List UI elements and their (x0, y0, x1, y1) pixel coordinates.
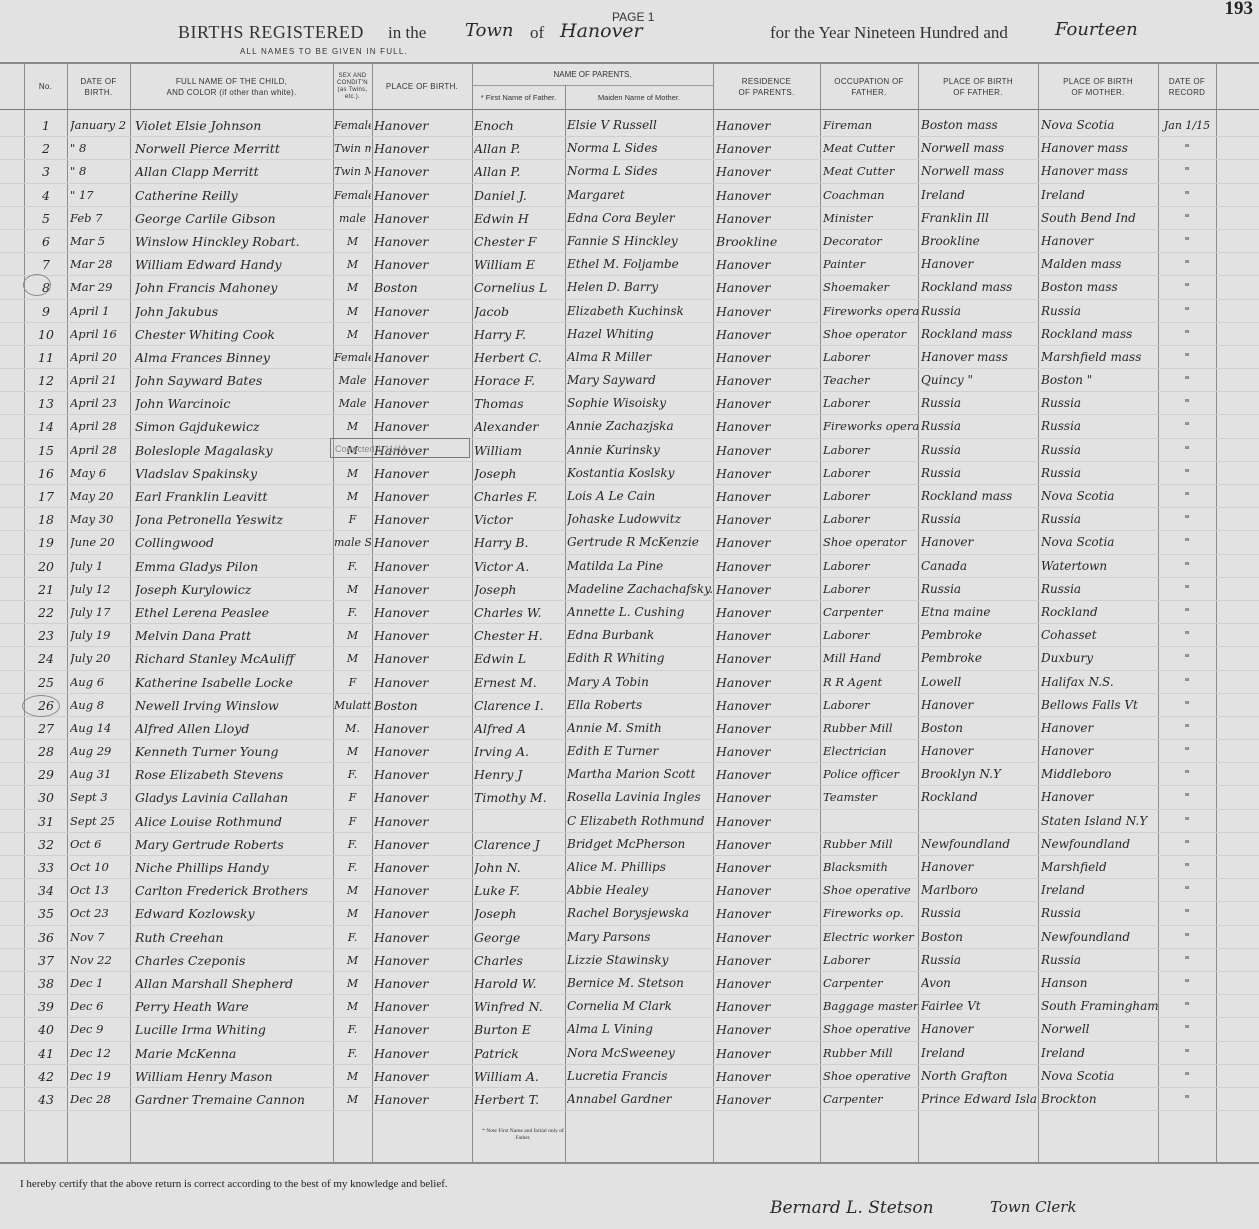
cell-residence: Hanover (716, 485, 820, 508)
cell-place-of-birth: Hanover (374, 184, 472, 207)
table-row: 36 Nov 7 Ruth Creehan F. Hanover George … (0, 926, 1259, 949)
cell-no: 2 (28, 137, 64, 160)
cell-no: 29 (28, 763, 64, 786)
cell-father-birthplace: Russia (921, 949, 1038, 972)
cell-child-name: John Sayward Bates (135, 369, 333, 392)
cell-mother-maiden-name: Edna Cora Beyler (567, 207, 713, 230)
cell-place-of-birth: Hanover (374, 160, 472, 183)
table-row: 12 April 21 John Sayward Bates Male Hano… (0, 369, 1259, 392)
cell-residence: Hanover (716, 879, 820, 902)
cell-date: April 23 (70, 392, 130, 415)
cell-date: April 28 (70, 415, 130, 438)
cell-residence: Hanover (716, 508, 820, 531)
cell-residence: Hanover (716, 184, 820, 207)
cell-mother-maiden-name: Edith R Whiting (567, 647, 713, 670)
cell-occupation: Baggage master (823, 995, 918, 1018)
cell-father-birthplace: Russia (921, 300, 1038, 323)
cell-date-of-record: " (1160, 555, 1214, 578)
header-pob-father: PLACE OF BIRTH OF FATHER. (918, 64, 1038, 109)
cell-no: 42 (28, 1065, 64, 1088)
cell-occupation: Laborer (823, 462, 918, 485)
cell-date-of-record: " (1160, 531, 1214, 554)
cell-father-name: Irving A. (474, 740, 565, 763)
cell-father-birthplace: Rockland (921, 786, 1038, 809)
cell-child-name: William Henry Mason (135, 1065, 333, 1088)
table-row: 10 April 16 Chester Whiting Cook M Hanov… (0, 323, 1259, 346)
table-row: 35 Oct 23 Edward Kozlowsky M Hanover Jos… (0, 902, 1259, 925)
cell-father-name: Charles F. (474, 485, 565, 508)
cell-mother-maiden-name: Ethel M. Foljambe (567, 253, 713, 276)
header-father: * First Name of Father. (472, 86, 565, 109)
cell-mother-birthplace: Newfoundland (1041, 926, 1158, 949)
cell-father-name: Daniel J. (474, 184, 565, 207)
cell-place-of-birth: Hanover (374, 137, 472, 160)
table-row: 38 Dec 1 Allan Marshall Shepherd M Hanov… (0, 972, 1259, 995)
cell-mother-birthplace: Hanover (1041, 230, 1158, 253)
cell-residence: Hanover (716, 531, 820, 554)
table-row: 34 Oct 13 Carlton Frederick Brothers M H… (0, 879, 1259, 902)
certification-text: I hereby certify that the above return i… (20, 1178, 448, 1190)
cell-no: 43 (28, 1088, 64, 1111)
cell-place-of-birth: Hanover (374, 1018, 472, 1041)
cell-child-name: Katherine Isabelle Locke (135, 671, 333, 694)
cell-date: Feb 7 (70, 207, 130, 230)
cell-date-of-record: " (1160, 1042, 1214, 1065)
cell-mother-birthplace: Ireland (1041, 184, 1158, 207)
header-rule (0, 109, 1259, 110)
cell-no: 4 (28, 184, 64, 207)
circled-entry-marker (22, 695, 60, 717)
cell-mother-birthplace: Russia (1041, 439, 1158, 462)
cell-father-name: Chester F (474, 230, 565, 253)
cell-place-of-birth: Boston (374, 276, 472, 299)
cell-occupation: R R Agent (823, 671, 918, 694)
cell-date: April 1 (70, 300, 130, 323)
cell-place-of-birth: Hanover (374, 485, 472, 508)
cell-place-of-birth: Hanover (374, 369, 472, 392)
cell-no: 7 (28, 253, 64, 276)
cell-date-of-record: " (1160, 763, 1214, 786)
cell-date: May 20 (70, 485, 130, 508)
cell-place-of-birth: Hanover (374, 392, 472, 415)
cell-residence: Hanover (716, 276, 820, 299)
cell-date: April 16 (70, 323, 130, 346)
cell-residence: Hanover (716, 253, 820, 276)
cell-father-birthplace: Quincy " (921, 369, 1038, 392)
cell-no: 39 (28, 995, 64, 1018)
cell-residence: Hanover (716, 694, 820, 717)
cell-residence: Hanover (716, 207, 820, 230)
cell-date-of-record: " (1160, 926, 1214, 949)
cell-occupation: Meat Cutter (823, 160, 918, 183)
cell-father-name: Henry J (474, 763, 565, 786)
cell-sex: M (334, 995, 371, 1018)
cell-mother-birthplace: Staten Island N.Y (1041, 810, 1158, 833)
cell-father-birthplace: Norwell mass (921, 160, 1038, 183)
cell-child-name: Alice Louise Rothmund (135, 810, 333, 833)
table-row: 16 May 6 Vladslav Spakinsky M Hanover Jo… (0, 462, 1259, 485)
cell-occupation: Fireworks op. (823, 902, 918, 925)
cell-sex: F (334, 810, 371, 833)
cell-mother-maiden-name: Lizzie Stawinsky (567, 949, 713, 972)
table-row: 14 April 28 Simon Gajdukewicz M Hanover … (0, 415, 1259, 438)
cell-father-name: Alfred A (474, 717, 565, 740)
cell-father-birthplace: Ireland (921, 184, 1038, 207)
cell-date-of-record: " (1160, 207, 1214, 230)
cell-place-of-birth: Hanover (374, 415, 472, 438)
table-row: 7 Mar 28 William Edward Handy M Hanover … (0, 253, 1259, 276)
cell-date: Mar 29 (70, 276, 130, 299)
cell-date: April 20 (70, 346, 130, 369)
cell-place-of-birth: Hanover (374, 995, 472, 1018)
cell-child-name: Gardner Tremaine Cannon (135, 1088, 333, 1111)
cell-occupation: Electric worker (823, 926, 918, 949)
cell-father-name: William A. (474, 1065, 565, 1088)
cell-residence: Hanover (716, 810, 820, 833)
cell-mother-maiden-name: Lois A Le Cain (567, 485, 713, 508)
cell-occupation: Electrician (823, 740, 918, 763)
cell-mother-maiden-name: Annabel Gardner (567, 1088, 713, 1111)
cell-mother-birthplace: Ireland (1041, 1042, 1158, 1065)
cell-date: April 21 (70, 369, 130, 392)
cell-occupation: Mill Hand (823, 647, 918, 670)
cell-father-birthplace: Pembroke (921, 647, 1038, 670)
table-row: 2 " 8 Norwell Pierce Merritt Twin male H… (0, 137, 1259, 160)
table-row: 26 Aug 8 Newell Irving Winslow Mulatto m… (0, 694, 1259, 717)
cell-mother-maiden-name: Cornelia M Clark (567, 995, 713, 1018)
cell-child-name: William Edward Handy (135, 253, 333, 276)
cell-mother-birthplace: Hanover (1041, 740, 1158, 763)
cell-sex: Male (334, 369, 371, 392)
table-row: 8 Mar 29 John Francis Mahoney M Boston C… (0, 276, 1259, 299)
table-row: 28 Aug 29 Kenneth Turner Young M Hanover… (0, 740, 1259, 763)
table-row: 27 Aug 14 Alfred Allen Lloyd M. Hanover … (0, 717, 1259, 740)
cell-mother-maiden-name: Alma R Miller (567, 346, 713, 369)
cell-father-birthplace: Hanover (921, 531, 1038, 554)
cell-date: May 30 (70, 508, 130, 531)
cell-mother-maiden-name: Nora McSweeney (567, 1042, 713, 1065)
cell-date: Oct 6 (70, 833, 130, 856)
cell-mother-birthplace: Middleboro (1041, 763, 1158, 786)
table-row: 31 Sept 25 Alice Louise Rothmund F Hanov… (0, 810, 1259, 833)
cell-date: January 2 (70, 114, 130, 137)
cell-child-name: Charles Czeponis (135, 949, 333, 972)
cell-mother-birthplace: Bellows Falls Vt (1041, 694, 1158, 717)
cell-no: 25 (28, 671, 64, 694)
cell-father-birthplace: Rockland mass (921, 276, 1038, 299)
header-name: FULL NAME OF THE CHILD, AND COLOR (if ot… (130, 64, 333, 109)
cell-no: 38 (28, 972, 64, 995)
cell-residence: Hanover (716, 1088, 820, 1111)
cell-father-birthplace: Boston (921, 926, 1038, 949)
cell-child-name: Rose Elizabeth Stevens (135, 763, 333, 786)
cell-mother-birthplace: Nova Scotia (1041, 114, 1158, 137)
cell-sex: M (334, 972, 371, 995)
cell-father-birthplace: Hanover (921, 694, 1038, 717)
cell-place-of-birth: Hanover (374, 833, 472, 856)
cell-place-of-birth: Hanover (374, 879, 472, 902)
cell-date: July 12 (70, 578, 130, 601)
cell-child-name: Collingwood (135, 531, 333, 554)
cell-child-name: Norwell Pierce Merritt (135, 137, 333, 160)
cell-place-of-birth: Hanover (374, 647, 472, 670)
cell-occupation: Carpenter (823, 601, 918, 624)
table-row: 24 July 20 Richard Stanley McAuliff M Ha… (0, 647, 1259, 670)
cell-father-name: Horace F. (474, 369, 565, 392)
cell-mother-birthplace: South Bend Ind (1041, 207, 1158, 230)
cell-no: 31 (28, 810, 64, 833)
correction-stamp: Corrected 1/11/44 (330, 438, 470, 458)
table-row: 19 June 20 Collingwood male Stillborn Ha… (0, 531, 1259, 554)
cell-father-name: Timothy M. (474, 786, 565, 809)
cell-child-name: Boleslople Magalasky (135, 439, 333, 462)
cell-mother-birthplace: Ireland (1041, 879, 1158, 902)
cell-child-name: Jona Petronella Yeswitz (135, 508, 333, 531)
cell-father-name: Allan P. (474, 160, 565, 183)
header-occupation: OCCUPATION OF FATHER. (820, 64, 918, 109)
cell-no: 33 (28, 856, 64, 879)
cell-father-name (474, 810, 565, 833)
cell-place-of-birth: Hanover (374, 114, 472, 137)
cell-date-of-record: " (1160, 323, 1214, 346)
cell-sex: Twin male (334, 137, 371, 160)
cell-place-of-birth: Hanover (374, 1088, 472, 1111)
cell-no: 1 (28, 114, 64, 137)
cell-date: July 17 (70, 601, 130, 624)
cell-mother-birthplace: Cohasset (1041, 624, 1158, 647)
cell-date: Oct 13 (70, 879, 130, 902)
cell-occupation: Teacher (823, 369, 918, 392)
cell-date-of-record: " (1160, 253, 1214, 276)
cell-residence: Hanover (716, 601, 820, 624)
cell-father-birthplace: Rockland mass (921, 485, 1038, 508)
cell-father-name: Luke F. (474, 879, 565, 902)
cell-child-name: Ethel Lerena Peaslee (135, 601, 333, 624)
title-main: BIRTHS REGISTERED (178, 22, 364, 43)
cell-father-birthplace: Rockland mass (921, 323, 1038, 346)
page-number: 193 (1225, 0, 1254, 20)
cell-occupation: Laborer (823, 346, 918, 369)
title-subtitle: ALL NAMES TO BE GIVEN IN FULL. (240, 47, 408, 56)
cell-father-name: Victor (474, 508, 565, 531)
cell-place-of-birth: Hanover (374, 346, 472, 369)
cell-residence: Hanover (716, 137, 820, 160)
cell-sex: F. (334, 601, 371, 624)
cell-residence: Hanover (716, 995, 820, 1018)
cell-father-name: Herbert T. (474, 1088, 565, 1111)
cell-mother-birthplace: Hanover (1041, 717, 1158, 740)
cell-child-name: Marie McKenna (135, 1042, 333, 1065)
cell-father-birthplace: Franklin Ill (921, 207, 1038, 230)
cell-sex: M (334, 253, 371, 276)
cell-place-of-birth: Hanover (374, 300, 472, 323)
cell-mother-maiden-name: Rachel Borysjewska (567, 902, 713, 925)
cell-father-name: Herbert C. (474, 346, 565, 369)
table-row: 39 Dec 6 Perry Heath Ware M Hanover Winf… (0, 995, 1259, 1018)
cell-date: Nov 22 (70, 949, 130, 972)
header-sex: SEX AND CONDIT'N (as Twins, etc.). (333, 64, 372, 109)
cell-father-name: Clarence I. (474, 694, 565, 717)
cell-sex: M. (334, 717, 371, 740)
cell-date: Dec 19 (70, 1065, 130, 1088)
cell-place-of-birth: Hanover (374, 1065, 472, 1088)
cell-mother-maiden-name: Martha Marion Scott (567, 763, 713, 786)
cell-date-of-record: " (1160, 230, 1214, 253)
header-mother: Maiden Name of Mother. (565, 86, 713, 109)
cell-father-name: Alexander (474, 415, 565, 438)
cell-mother-maiden-name: Hazel Whiting (567, 323, 713, 346)
cell-child-name: Catherine Reilly (135, 184, 333, 207)
cell-sex: F. (334, 555, 371, 578)
cell-occupation: Decorator (823, 230, 918, 253)
cell-sex: M (334, 300, 371, 323)
cell-father-name: Edwin H (474, 207, 565, 230)
table-row: 30 Sept 3 Gladys Lavinia Callahan F Hano… (0, 786, 1259, 809)
cell-sex: Female (334, 346, 371, 369)
cell-father-name: Charles W. (474, 601, 565, 624)
cell-father-name: Joseph (474, 462, 565, 485)
cell-sex: M (334, 323, 371, 346)
cell-mother-birthplace: Duxbury (1041, 647, 1158, 670)
cell-sex: M (334, 578, 371, 601)
cell-father-name: Enoch (474, 114, 565, 137)
cell-father-name: Harry F. (474, 323, 565, 346)
cell-date-of-record: " (1160, 485, 1214, 508)
cell-date-of-record: " (1160, 415, 1214, 438)
cell-date-of-record: " (1160, 740, 1214, 763)
table-row: 9 April 1 John Jakubus M Hanover Jacob E… (0, 300, 1259, 323)
cell-father-birthplace: Marlboro (921, 879, 1038, 902)
cell-child-name: Kenneth Turner Young (135, 740, 333, 763)
cell-no: 36 (28, 926, 64, 949)
cell-date-of-record: " (1160, 647, 1214, 670)
cell-mother-birthplace: Nova Scotia (1041, 485, 1158, 508)
cell-no: 28 (28, 740, 64, 763)
table-row: 37 Nov 22 Charles Czeponis M Hanover Cha… (0, 949, 1259, 972)
cell-place-of-birth: Hanover (374, 1042, 472, 1065)
table-row: 32 Oct 6 Mary Gertrude Roberts F. Hanove… (0, 833, 1259, 856)
title-year-handwritten: Fourteen (1055, 19, 1138, 40)
cell-sex: male (334, 207, 371, 230)
cell-child-name: Violet Elsie Johnson (135, 114, 333, 137)
cell-father-birthplace: Prince Edward Island (921, 1088, 1038, 1111)
cell-child-name: Newell Irving Winslow (135, 694, 333, 717)
cell-sex: F (334, 671, 371, 694)
cell-date-of-record: " (1160, 1018, 1214, 1041)
cell-father-birthplace: Hanover (921, 740, 1038, 763)
cell-child-name: John Jakubus (135, 300, 333, 323)
cell-occupation: Police officer (823, 763, 918, 786)
table-row: 22 July 17 Ethel Lerena Peaslee F. Hanov… (0, 601, 1259, 624)
cell-date-of-record: " (1160, 902, 1214, 925)
cell-sex: M (334, 879, 371, 902)
cell-date: Oct 23 (70, 902, 130, 925)
cell-child-name: Edward Kozlowsky (135, 902, 333, 925)
cell-residence: Hanover (716, 555, 820, 578)
cell-child-name: Melvin Dana Pratt (135, 624, 333, 647)
cell-occupation: Painter (823, 253, 918, 276)
cell-place-of-birth: Hanover (374, 949, 472, 972)
cell-sex: F. (334, 856, 371, 879)
cell-no: 6 (28, 230, 64, 253)
cell-occupation: Meat Cutter (823, 137, 918, 160)
cell-residence: Hanover (716, 856, 820, 879)
cell-father-birthplace: Etna maine (921, 601, 1038, 624)
cell-child-name: Perry Heath Ware (135, 995, 333, 1018)
cell-date-of-record: " (1160, 786, 1214, 809)
cell-residence: Hanover (716, 833, 820, 856)
cell-sex: F. (334, 833, 371, 856)
clerk-title: Town Clerk (990, 1198, 1077, 1216)
cell-place-of-birth: Hanover (374, 786, 472, 809)
cell-date: Sept 3 (70, 786, 130, 809)
cell-mother-maiden-name: Johaske Ludowvitz (567, 508, 713, 531)
circled-entry-marker (23, 274, 51, 296)
cell-child-name: Alma Frances Binney (135, 346, 333, 369)
cell-no: 30 (28, 786, 64, 809)
cell-date: May 6 (70, 462, 130, 485)
cell-child-name: Gladys Lavinia Callahan (135, 786, 333, 809)
cell-sex: Female (334, 114, 371, 137)
cell-place-of-birth: Hanover (374, 578, 472, 601)
cell-mother-maiden-name: Annie Zachazjska (567, 415, 713, 438)
table-row: 20 July 1 Emma Gladys Pilon F. Hanover V… (0, 555, 1259, 578)
cell-no: 35 (28, 902, 64, 925)
cell-mother-birthplace: Hanover mass (1041, 137, 1158, 160)
cell-date: Aug 29 (70, 740, 130, 763)
cell-no: 12 (28, 369, 64, 392)
table-row: 13 April 23 John Warcinoic Male Hanover … (0, 392, 1259, 415)
cell-mother-birthplace: Russia (1041, 578, 1158, 601)
cell-father-name: Joseph (474, 578, 565, 601)
cell-father-birthplace: Hanover (921, 253, 1038, 276)
cell-mother-birthplace: Watertown (1041, 555, 1158, 578)
cell-date-of-record: " (1160, 276, 1214, 299)
cell-no: 32 (28, 833, 64, 856)
cell-mother-maiden-name: C Elizabeth Rothmund (567, 810, 713, 833)
cell-mother-birthplace: Nova Scotia (1041, 1065, 1158, 1088)
table-row: 3 " 8 Allan Clapp Merritt Twin Male Hano… (0, 160, 1259, 183)
cell-father-birthplace: Russia (921, 439, 1038, 462)
cell-occupation: Laborer (823, 949, 918, 972)
cell-mother-maiden-name: Helen D. Barry (567, 276, 713, 299)
cell-mother-birthplace: Russia (1041, 949, 1158, 972)
cell-child-name: Joseph Kurylowicz (135, 578, 333, 601)
cell-occupation: Carpenter (823, 1088, 918, 1111)
cell-father-birthplace: Russia (921, 462, 1038, 485)
cell-mother-maiden-name: Mary Parsons (567, 926, 713, 949)
cell-father-birthplace: Newfoundland (921, 833, 1038, 856)
cell-place-of-birth: Hanover (374, 624, 472, 647)
table-row: 23 July 19 Melvin Dana Pratt M Hanover C… (0, 624, 1259, 647)
cell-place-of-birth: Hanover (374, 230, 472, 253)
cell-mother-maiden-name: Norma L Sides (567, 160, 713, 183)
table-row: 42 Dec 19 William Henry Mason M Hanover … (0, 1065, 1259, 1088)
cell-sex: M (334, 415, 371, 438)
cell-child-name: Simon Gajdukewicz (135, 415, 333, 438)
cell-date: Mar 5 (70, 230, 130, 253)
cell-date-of-record: " (1160, 300, 1214, 323)
cell-residence: Hanover (716, 369, 820, 392)
cell-occupation: Shoe operative (823, 1065, 918, 1088)
cell-place-of-birth: Hanover (374, 717, 472, 740)
cell-sex: M (334, 902, 371, 925)
cell-sex: M (334, 949, 371, 972)
cell-father-name: Chester H. (474, 624, 565, 647)
cell-sex: male Stillborn (334, 531, 371, 554)
cell-child-name: Ruth Creehan (135, 926, 333, 949)
cell-mother-maiden-name: Rosella Lavinia Ingles (567, 786, 713, 809)
